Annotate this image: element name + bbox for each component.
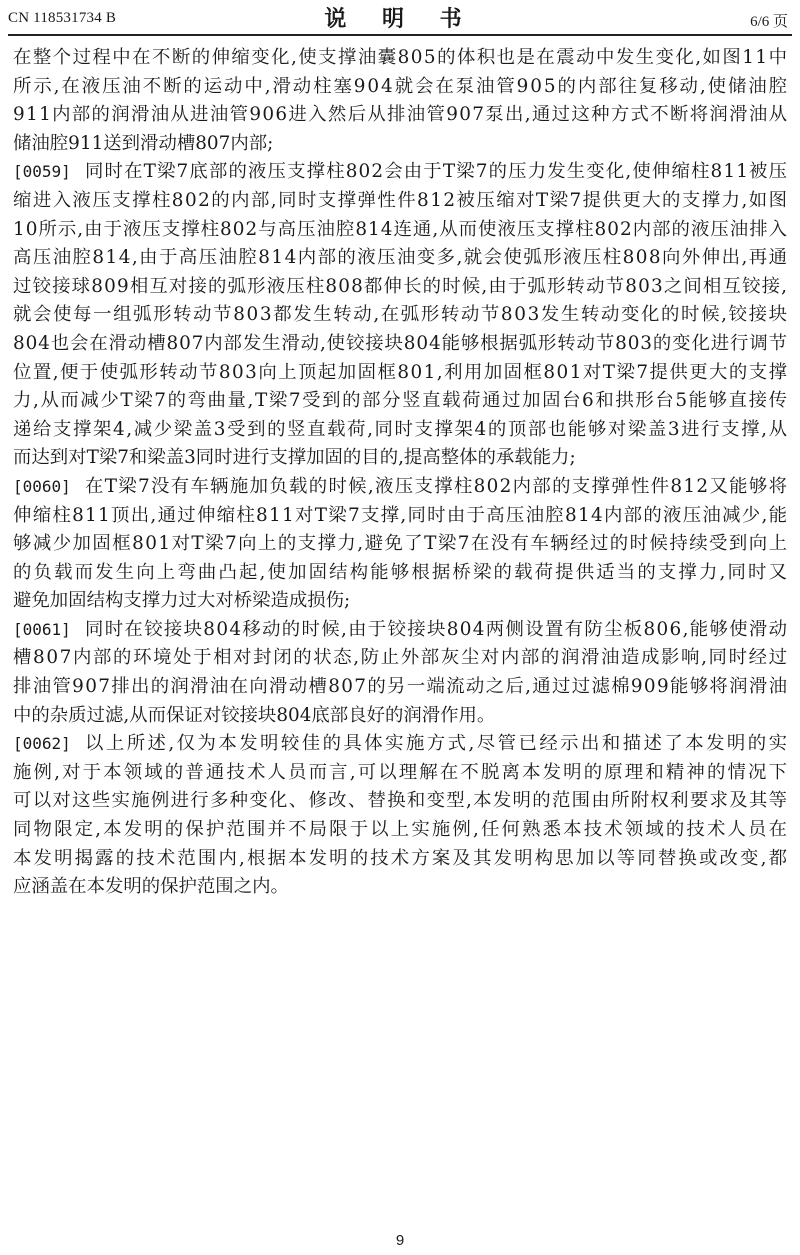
line-text: 同物限定,本发明的保护范围并不局限于以上实施例,任何熟悉本技术领域的技术人员在 (13, 816, 787, 845)
line-text: 避免加固结构支撑力过大对桥梁造成损伤; (13, 590, 350, 611)
text-line: 本发明揭露的技术范围内,根据本发明的技术方案及其发明构思加以等同替换或改变,都 (13, 845, 787, 874)
text-line: 中的杂质过滤,从而保证对铰接块804底部良好的润滑作用。 (13, 702, 787, 731)
text-line: 而达到对T梁7和梁盖3同时进行支撑加固的目的,提高整体的承载能力; (13, 444, 787, 473)
paragraph-start-line: [0060]在T梁7没有车辆施加负载的时候,液压支撑柱802内部的支撑弹性件81… (13, 473, 787, 502)
text-line: 在整个过程中在不断的伸缩变化,使支撑油囊805的体积也是在震动中发生变化,如图1… (13, 44, 787, 73)
line-text: 够减少加固框801对T梁7向上的支撑力,避免了T梁7在没有车辆经过的时候持续受到… (13, 530, 787, 559)
line-text: 缩进入液压支撑柱802的内部,同时支撑弹性件812被压缩对T梁7提供更大的支撑力… (13, 187, 787, 216)
line-text: 就会使每一组弧形转动节803都发生转动,在弧形转动节803发生转动变化的时候,铰… (13, 301, 787, 330)
line-text: 10所示,由于液压支撑柱802与高压油腔814连通,从而使液压支撑柱802内部的… (13, 216, 787, 245)
line-text: 高压油腔814,由于高压油腔814内部的液压油变多,就会使弧形液压柱808向外伸… (13, 244, 787, 273)
paragraph-number: [0062] (13, 730, 85, 759)
text-line: 应涵盖在本发明的保护范围之内。 (13, 873, 787, 902)
page-header: CN 118531734 B 说 明 书 6/6 页 (0, 0, 800, 36)
paragraph-start-line: [0059]同时在T梁7底部的液压支撑柱802会由于T梁7的压力发生变化,使伸缩… (13, 158, 787, 187)
line-text: 过铰接球809相互对接的弧形液压柱808都伸长的时候,由于弧形转动节803之间相… (13, 273, 787, 302)
text-line: 可以对这些实施例进行多种变化、修改、替换和变型,本发明的范围由所附权利要求及其等 (13, 787, 787, 816)
line-text: 而达到对T梁7和梁盖3同时进行支撑加固的目的,提高整体的承载能力; (13, 447, 576, 468)
line-text: 应涵盖在本发明的保护范围之内。 (13, 876, 289, 897)
line-text: 在整个过程中在不断的伸缩变化,使支撑油囊805的体积也是在震动中发生变化,如图1… (13, 44, 787, 73)
line-text: 施例,对于本领域的普通技术人员而言,可以理解在不脱离本发明的原理和精神的情况下 (13, 759, 787, 788)
document-title: 说 明 书 (0, 2, 800, 33)
text-line: 10所示,由于液压支撑柱802与高压油腔814连通,从而使液压支撑柱802内部的… (13, 216, 787, 245)
page-indicator: 6/6 页 (750, 10, 788, 31)
text-line: 缩进入液压支撑柱802的内部,同时支撑弹性件812被压缩对T梁7提供更大的支撑力… (13, 187, 787, 216)
text-line: 位置,便于使弧形转动节803向上顶起加固框801,利用加固框801对T梁7提供更… (13, 359, 787, 388)
document-body: 在整个过程中在不断的伸缩变化,使支撑油囊805的体积也是在震动中发生变化,如图1… (13, 44, 787, 902)
text-line: 所示,在液压油不断的运动中,滑动柱塞904就会在泵油管905的内部往复移动,使储… (13, 73, 787, 102)
line-text: 的负载而发生向上弯曲凸起,使加固结构能够根据桥梁的载荷提供适当的支撑力,同时又 (13, 559, 787, 588)
text-line: 就会使每一组弧形转动节803都发生转动,在弧形转动节803发生转动变化的时候,铰… (13, 301, 787, 330)
text-line: 储油腔911送到滑动槽807内部; (13, 130, 787, 159)
line-text: 同时在T梁7底部的液压支撑柱802会由于T梁7的压力发生变化,使伸缩柱811被压 (85, 158, 787, 187)
line-text: 排油管907排出的润滑油在向滑动槽807的另一端流动之后,通过过滤棉909能够将… (13, 673, 787, 702)
text-line: 力,从而减少T梁7的弯曲量,T梁7受到的部分竖直载荷通过加固台6和拱形台5能够直… (13, 387, 787, 416)
line-text: 递给支撑架4,减少梁盖3受到的竖直载荷,同时支撑架4的顶部也能够对梁盖3进行支撑… (13, 416, 787, 445)
line-text: 同时在铰接块804移动的时候,由于铰接块804两侧设置有防尘板806,能够使滑动 (85, 616, 787, 645)
line-text: 伸缩柱811顶出,通过伸缩柱811对T梁7支撑,同时由于高压油腔814内部的液压… (13, 502, 787, 531)
text-line: 高压油腔814,由于高压油腔814内部的液压油变多,就会使弧形液压柱808向外伸… (13, 244, 787, 273)
text-line: 伸缩柱811顶出,通过伸缩柱811对T梁7支撑,同时由于高压油腔814内部的液压… (13, 502, 787, 531)
paragraph-start-line: [0061]同时在铰接块804移动的时候,由于铰接块804两侧设置有防尘板806… (13, 616, 787, 645)
text-line: 槽807内部的环境处于相对封闭的状态,防止外部灰尘对内部的润滑油造成影响,同时经… (13, 644, 787, 673)
text-line: 递给支撑架4,减少梁盖3受到的竖直载荷,同时支撑架4的顶部也能够对梁盖3进行支撑… (13, 416, 787, 445)
line-text: 储油腔911送到滑动槽807内部; (13, 133, 273, 154)
line-text: 804也会在滑动槽807内部发生滑动,使铰接块804能够根据弧形转动节803的变… (13, 330, 787, 359)
paragraph-number: [0061] (13, 616, 85, 645)
text-line: 804也会在滑动槽807内部发生滑动,使铰接块804能够根据弧形转动节803的变… (13, 330, 787, 359)
line-text: 在T梁7没有车辆施加负载的时候,液压支撑柱802内部的支撑弹性件812又能够将 (85, 473, 787, 502)
line-text: 本发明揭露的技术范围内,根据本发明的技术方案及其发明构思加以等同替换或改变,都 (13, 845, 787, 874)
header-divider (8, 34, 792, 36)
text-line: 同物限定,本发明的保护范围并不局限于以上实施例,任何熟悉本技术领域的技术人员在 (13, 816, 787, 845)
page-number: 9 (0, 1232, 800, 1249)
text-line: 的负载而发生向上弯曲凸起,使加固结构能够根据桥梁的载荷提供适当的支撑力,同时又 (13, 559, 787, 588)
line-text: 以上所述,仅为本发明较佳的具体实施方式,尽管已经示出和描述了本发明的实 (85, 730, 787, 759)
line-text: 槽807内部的环境处于相对封闭的状态,防止外部灰尘对内部的润滑油造成影响,同时经… (13, 644, 787, 673)
paragraph-number: [0060] (13, 473, 85, 502)
line-text: 力,从而减少T梁7的弯曲量,T梁7受到的部分竖直载荷通过加固台6和拱形台5能够直… (13, 387, 787, 416)
line-text: 可以对这些实施例进行多种变化、修改、替换和变型,本发明的范围由所附权利要求及其等 (13, 787, 787, 816)
text-line: 排油管907排出的润滑油在向滑动槽807的另一端流动之后,通过过滤棉909能够将… (13, 673, 787, 702)
text-line: 施例,对于本领域的普通技术人员而言,可以理解在不脱离本发明的原理和精神的情况下 (13, 759, 787, 788)
paragraph-start-line: [0062]以上所述,仅为本发明较佳的具体实施方式,尽管已经示出和描述了本发明的… (13, 730, 787, 759)
line-text: 所示,在液压油不断的运动中,滑动柱塞904就会在泵油管905的内部往复移动,使储… (13, 73, 787, 102)
paragraph-number: [0059] (13, 158, 85, 187)
line-text: 911内部的润滑油从进油管906进入然后从排油管907泵出,通过这种方式不断将润… (13, 101, 787, 130)
line-text: 中的杂质过滤,从而保证对铰接块804底部良好的润滑作用。 (13, 705, 495, 726)
text-line: 够减少加固框801对T梁7向上的支撑力,避免了T梁7在没有车辆经过的时候持续受到… (13, 530, 787, 559)
text-line: 避免加固结构支撑力过大对桥梁造成损伤; (13, 587, 787, 616)
line-text: 位置,便于使弧形转动节803向上顶起加固框801,利用加固框801对T梁7提供更… (13, 359, 787, 388)
text-line: 过铰接球809相互对接的弧形液压柱808都伸长的时候,由于弧形转动节803之间相… (13, 273, 787, 302)
text-line: 911内部的润滑油从进油管906进入然后从排油管907泵出,通过这种方式不断将润… (13, 101, 787, 130)
